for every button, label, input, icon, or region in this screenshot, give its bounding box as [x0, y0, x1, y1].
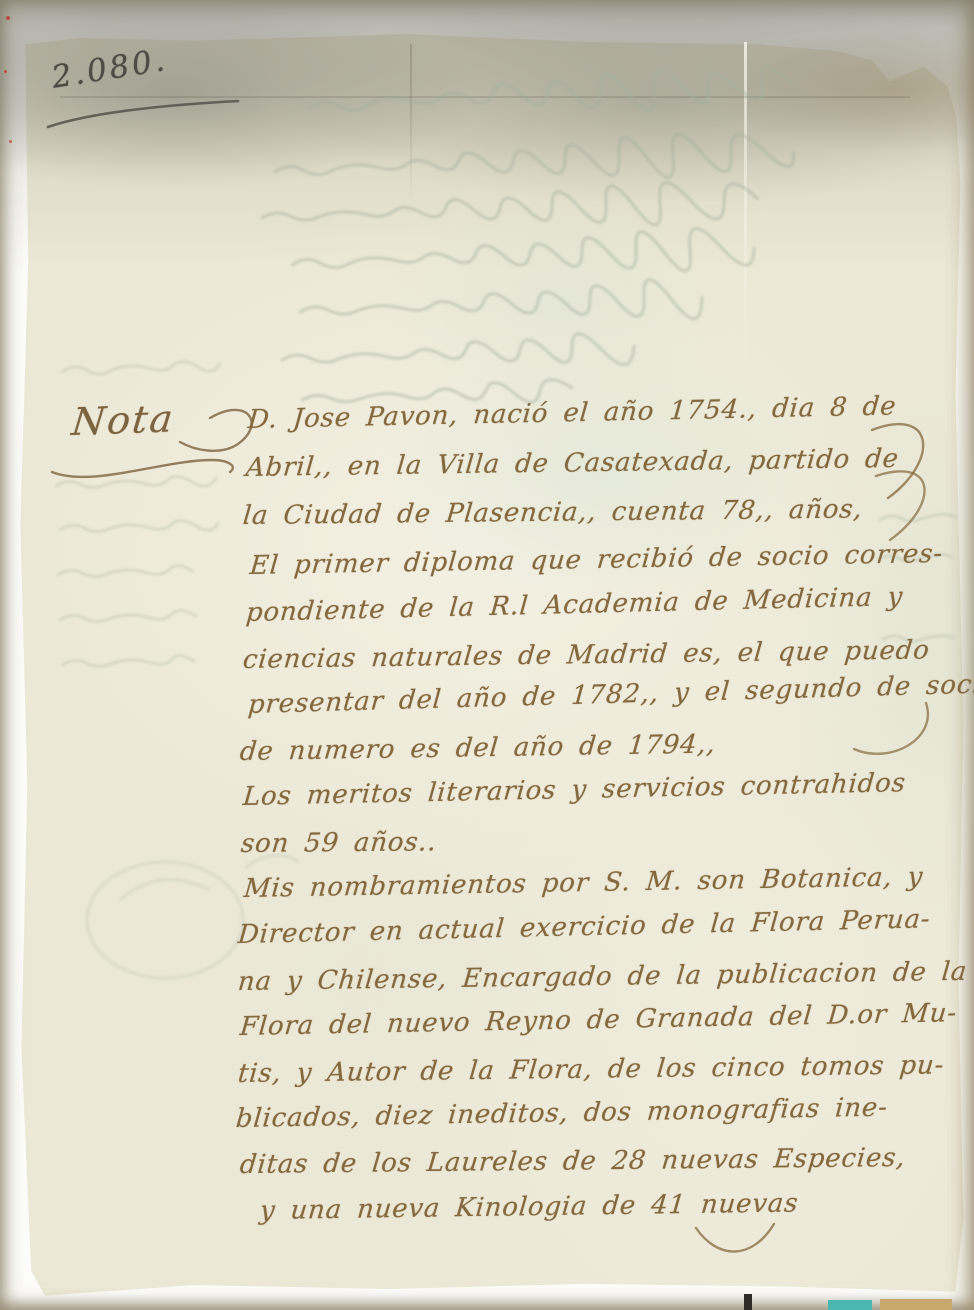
- scan-speck: [4, 70, 7, 73]
- scan-speck: [6, 16, 10, 20]
- scan-mark: [880, 1299, 952, 1310]
- scan-mark: [744, 1294, 752, 1310]
- margin-note-label: Nota: [70, 396, 177, 444]
- scan-mark: [828, 1300, 872, 1310]
- scanned-manuscript-page: 2.080. Nota D. Jose Pavon, nació el año …: [0, 0, 974, 1310]
- scan-speck: [9, 140, 12, 143]
- manuscript-line-10: son 59 años..: [240, 827, 439, 859]
